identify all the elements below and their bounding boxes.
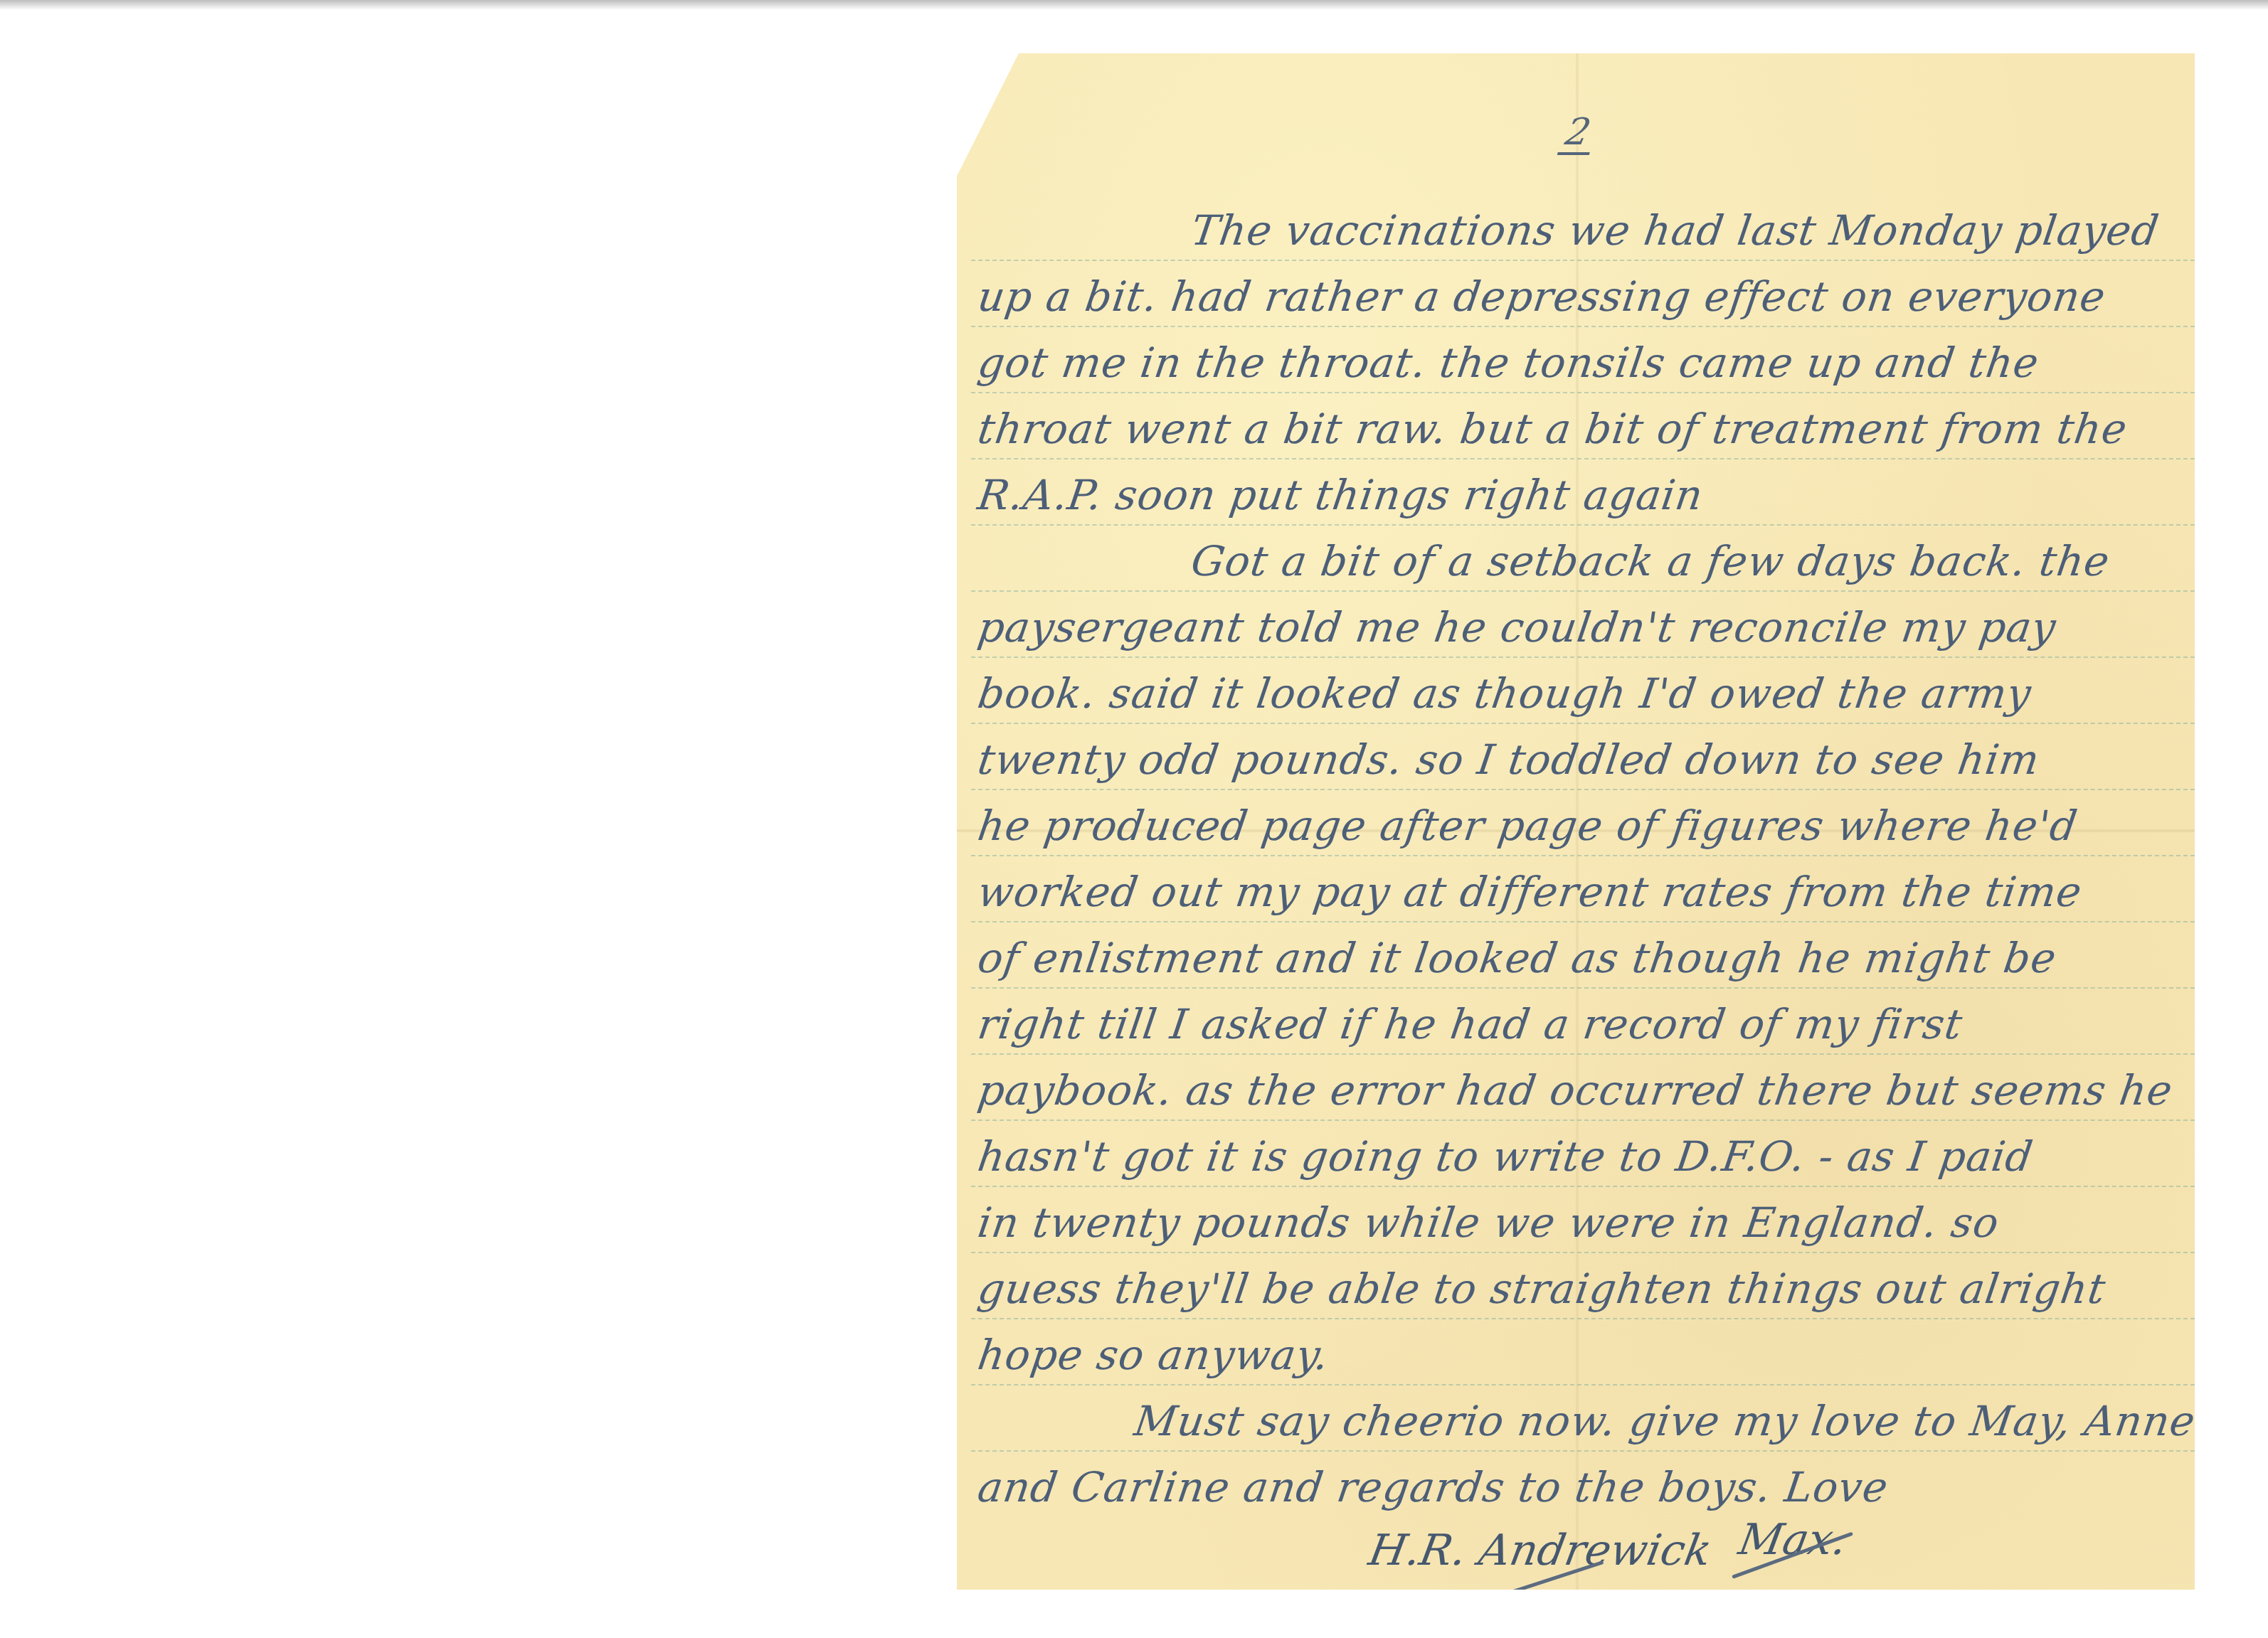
ruled-line — [971, 789, 2195, 790]
ruled-line — [971, 590, 2195, 592]
text-line: got me in the throat. the tonsils came u… — [975, 339, 2042, 387]
ruled-line — [971, 326, 2195, 327]
ruled-line — [971, 392, 2195, 393]
text-line: up a bit. had rather a depressing effect… — [975, 272, 2109, 321]
text-line: Got a bit of a setback a few days back. … — [1188, 537, 2113, 585]
text-line: Must say cheerio now. give my love to Ma… — [1131, 1397, 2198, 1445]
ruled-line — [971, 921, 2195, 922]
text-line: hasn't got it is going to write to D.F.O… — [975, 1132, 2036, 1181]
text-line: in twenty pounds while we were in Englan… — [975, 1198, 2002, 1247]
page-number: 2 — [1557, 114, 1598, 155]
text-line: book. said it looked as though I'd owed … — [975, 669, 2035, 718]
text-line: worked out my pay at different rates fro… — [975, 868, 2085, 916]
ruled-line — [971, 524, 2195, 526]
text-line: R.A.P. soon put things right again — [975, 471, 1706, 519]
text-line: throat went a bit raw. but a bit of trea… — [975, 405, 2130, 453]
ruled-line — [971, 1053, 2195, 1055]
text-line: twenty odd pounds. so I toddled down to … — [975, 735, 2042, 784]
ruled-line — [971, 1384, 2195, 1386]
ruled-line — [971, 1252, 2195, 1253]
text-line: The vaccinations we had last Monday play… — [1188, 206, 2162, 255]
text-line: right till I asked if he had a record of… — [975, 1000, 1966, 1048]
ruled-line — [971, 458, 2195, 459]
text-line: paysergeant told me he couldn't reconcil… — [975, 603, 2059, 652]
ruled-line — [971, 1450, 2195, 1452]
ruled-line — [971, 723, 2195, 724]
text-line: he produced page after page of figures w… — [975, 802, 2080, 850]
ruled-line — [971, 1318, 2195, 1319]
text-line: hope so anyway. — [975, 1331, 1332, 1379]
signature-left: H.R. Andrewick — [1365, 1526, 1715, 1575]
ruled-line — [971, 260, 2195, 261]
text-line: paybook. as the error had occurred there… — [975, 1066, 2176, 1115]
scanner-edge-shadow — [0, 0, 2268, 10]
ruled-line — [971, 855, 2195, 856]
ruled-line — [971, 1120, 2195, 1121]
text-line: guess they'll be able to straighten thin… — [975, 1265, 2109, 1313]
text-line: of enlistment and it looked as though he… — [975, 934, 2060, 982]
ruled-line — [971, 987, 2195, 989]
text-line: and Carline and regards to the boys. Lov… — [975, 1463, 1891, 1511]
letter-page: 2 The vaccinations we had last Monday pl… — [957, 53, 2195, 1590]
ruled-line — [971, 656, 2195, 658]
ruled-line — [971, 1186, 2195, 1187]
